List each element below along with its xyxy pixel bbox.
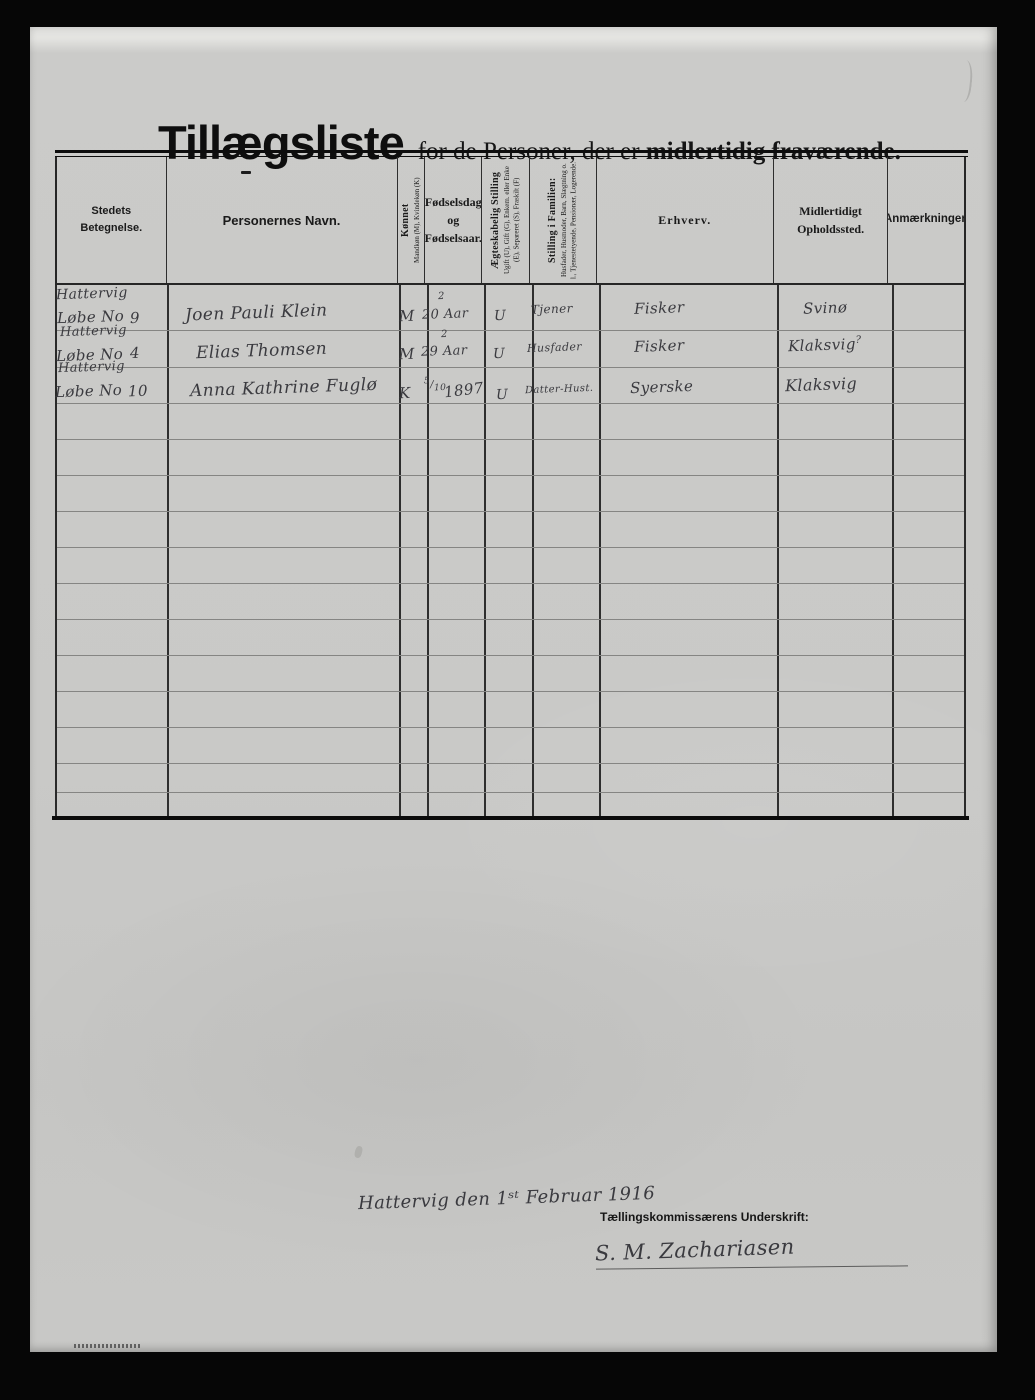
table-header-row: Stedets Betegnelse. Personernes Navn. Kø…: [55, 157, 966, 285]
table-bottom-rule: [52, 816, 969, 820]
row-line: [57, 655, 964, 656]
header-name: Personernes Navn.: [167, 157, 398, 283]
row1-occupation: Fisker: [634, 298, 685, 318]
stray-dash-mark: [241, 171, 251, 174]
row3-place-no: 10: [128, 382, 149, 401]
row-line: [57, 583, 964, 584]
header-birth-line1: Fødselsdag: [425, 193, 481, 211]
row-line: [57, 727, 964, 728]
header-family-vertical: Stilling i Familien: Husfader, Husmoder,…: [547, 160, 579, 280]
header-place-label: Stedets Betegnelse.: [76, 203, 146, 237]
column-line: [599, 285, 601, 818]
row2-occupation: Fisker: [634, 336, 685, 356]
header-marital: Ægteskabelig Stilling Ugift (U), Gift (G…: [482, 157, 530, 283]
row-line: [57, 691, 964, 692]
row1-family: Tjener: [531, 301, 573, 316]
row1-sex: M: [399, 307, 415, 326]
row1-birth: 20 Aar: [422, 306, 469, 323]
column-line: [427, 285, 429, 818]
column-line: [399, 285, 401, 818]
header-abode-label: Midlertidigt Opholdssted.: [791, 202, 871, 238]
column-line: [484, 285, 486, 818]
row3-abode: Klaksvig: [785, 374, 858, 396]
column-line: [532, 285, 534, 818]
row1-birth-note: 2: [438, 291, 445, 302]
column-line: [892, 285, 894, 818]
row3-birth-day: 5: [424, 376, 430, 386]
header-marital-sub: Ugift (U), Gift (G), Enkem. eller Enke (…: [503, 161, 522, 279]
printer-imprint: [74, 1344, 140, 1348]
row2-sex: M: [399, 345, 415, 364]
row2-abode: Klaksvig?: [788, 335, 862, 356]
column-line: [777, 285, 779, 818]
signature-label: Tællingskommissærens Underskrift:: [600, 1210, 809, 1224]
row2-place-line1: Hattervig: [60, 323, 127, 340]
row1-abode: Svinø: [803, 298, 848, 318]
header-marital-main: Ægteskabelig Stilling: [490, 171, 501, 268]
row2-marital: U: [493, 346, 506, 362]
row1-marital: U: [494, 308, 507, 324]
row-line: [57, 763, 964, 764]
row1-place-no: 9: [130, 309, 141, 327]
header-remarks: Anmærkninger.: [888, 157, 964, 283]
row-line: [57, 792, 964, 793]
row-line: [57, 330, 964, 331]
row-line: [57, 367, 964, 368]
header-occupation-label: Erhverv.: [658, 211, 711, 229]
row3-sex: K: [399, 384, 411, 402]
header-occupation: Erhverv.: [597, 157, 774, 283]
row-line: [57, 475, 964, 476]
header-birth-line2: og: [447, 211, 459, 229]
header-birth: Fødselsdag og Fødselsaar.: [425, 157, 482, 283]
table-body: [55, 285, 966, 818]
header-sex-sub: Mandkøn (M), Kvindekøn (K): [413, 177, 422, 263]
header-family-main: Stilling i Familien:: [547, 177, 558, 262]
header-sex-main: Kønnet: [400, 203, 411, 236]
header-remarks-label: Anmærkninger.: [888, 211, 964, 229]
row2-abode-text: Klaksvig: [788, 335, 856, 355]
row3-occupation: Syerske: [630, 377, 694, 397]
header-abode: Midlertidigt Opholdssted.: [774, 157, 889, 283]
row-line: [57, 403, 964, 404]
row2-birth-note: 2: [441, 329, 448, 340]
row-line: [57, 511, 964, 512]
header-place: Stedets Betegnelse.: [57, 157, 167, 283]
row1-place-line1: Hattervig: [56, 285, 128, 303]
row2-abode-note: ?: [855, 335, 861, 346]
header-family-sub: Husfader, Husmoder, Barn, Slægtning o. l…: [560, 161, 579, 279]
row-line: [57, 547, 964, 548]
row2-family: Husfader: [527, 340, 582, 355]
header-sex: Kønnet Mandkøn (M), Kvindekøn (K): [398, 157, 426, 283]
row2-birth: 29 Aar: [421, 343, 468, 360]
row-line: [57, 439, 964, 440]
scanned-census-page: Tillægsliste for de Personer, der er mid…: [0, 0, 1035, 1400]
title-rule-thick: [55, 150, 968, 153]
header-marital-vertical: Ægteskabelig Stilling Ugift (U), Gift (G…: [490, 160, 522, 280]
row3-place-label: Løbe No: [55, 381, 123, 401]
header-birth-line3: Fødselsaar.: [425, 229, 482, 247]
row2-place-no: 4: [130, 344, 141, 362]
row3-place-line1: Hattervig: [58, 359, 125, 376]
header-family: Stilling i Familien: Husfader, Husmoder,…: [530, 157, 597, 283]
column-line: [167, 285, 169, 818]
header-name-label: Personernes Navn.: [223, 213, 341, 228]
row-line: [57, 619, 964, 620]
row3-marital: U: [496, 387, 509, 403]
header-sex-vertical: Kønnet Mandkøn (M), Kvindekøn (K): [400, 160, 422, 280]
